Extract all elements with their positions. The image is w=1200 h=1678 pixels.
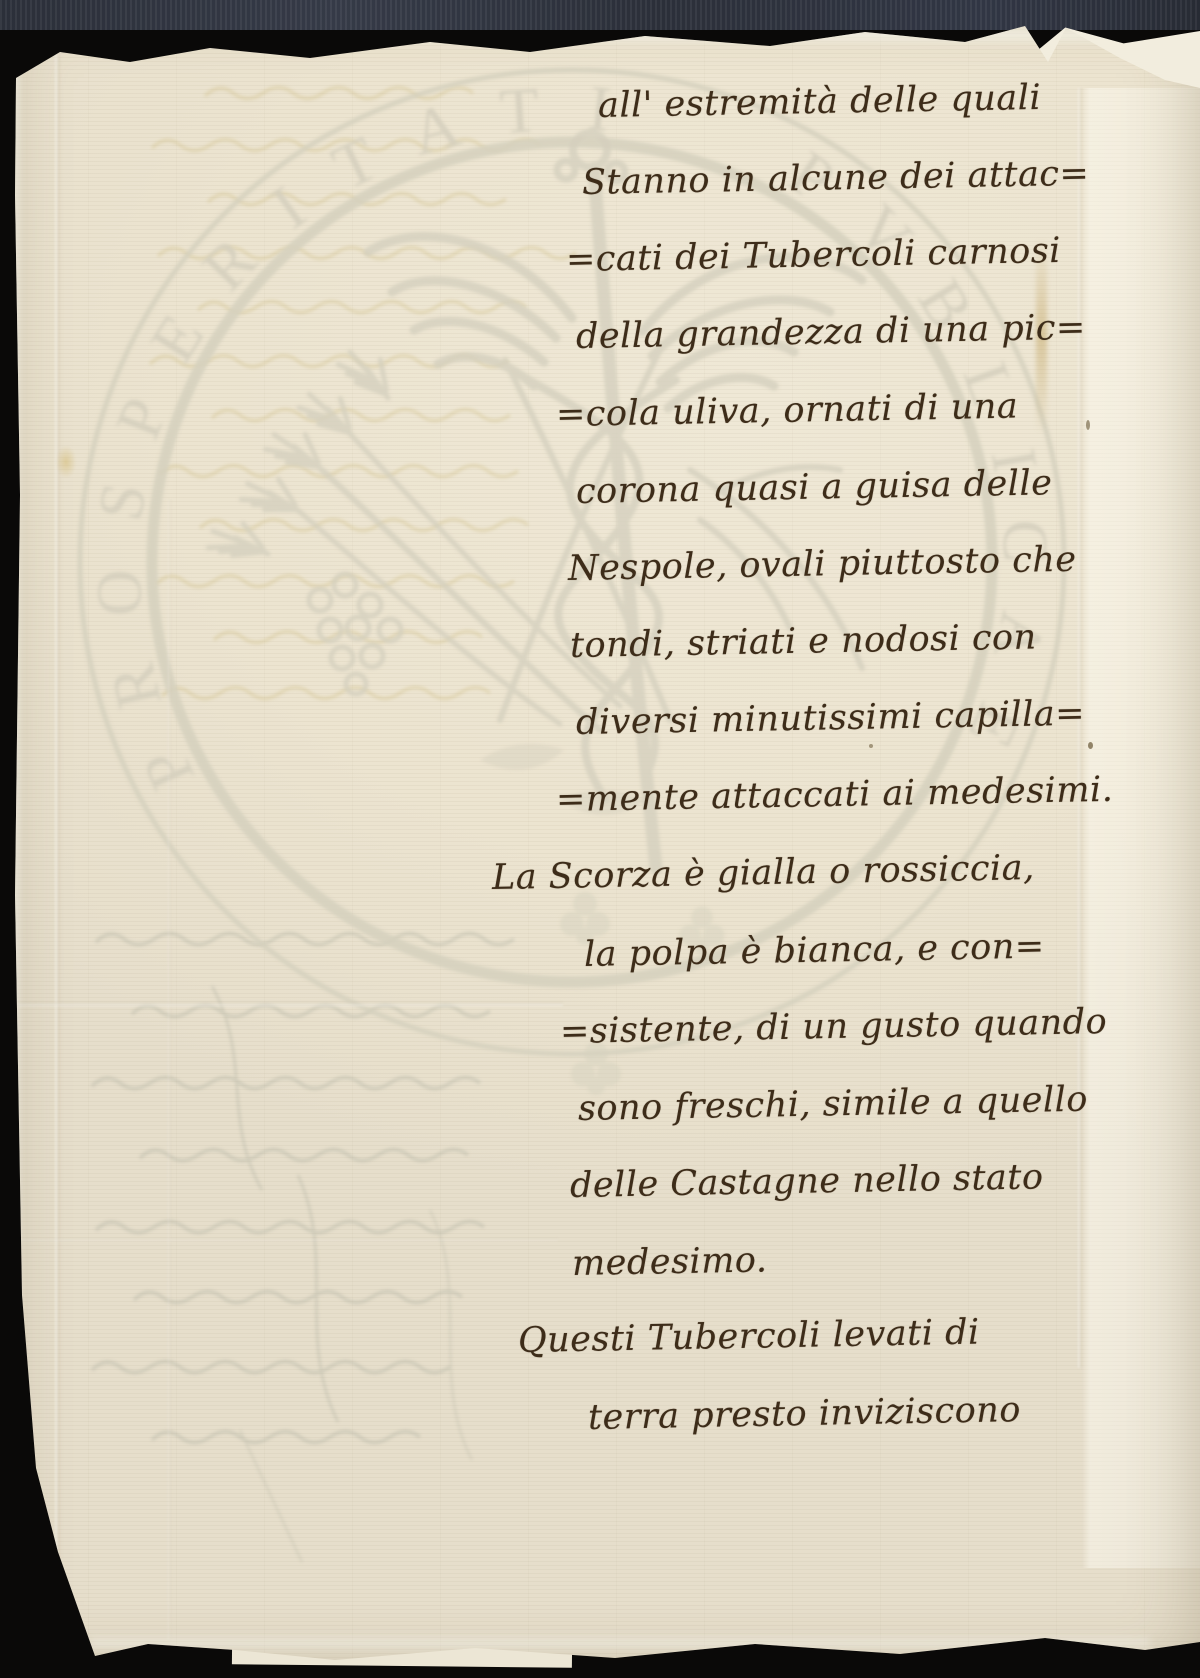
scanned-manuscript: PROSPERITATI PVBLICAE [0,0,1200,1678]
scanner-background-strip [0,0,1200,30]
manuscript-page: PROSPERITATI PVBLICAE [0,0,1200,1678]
paper-vignette [0,0,1200,1678]
